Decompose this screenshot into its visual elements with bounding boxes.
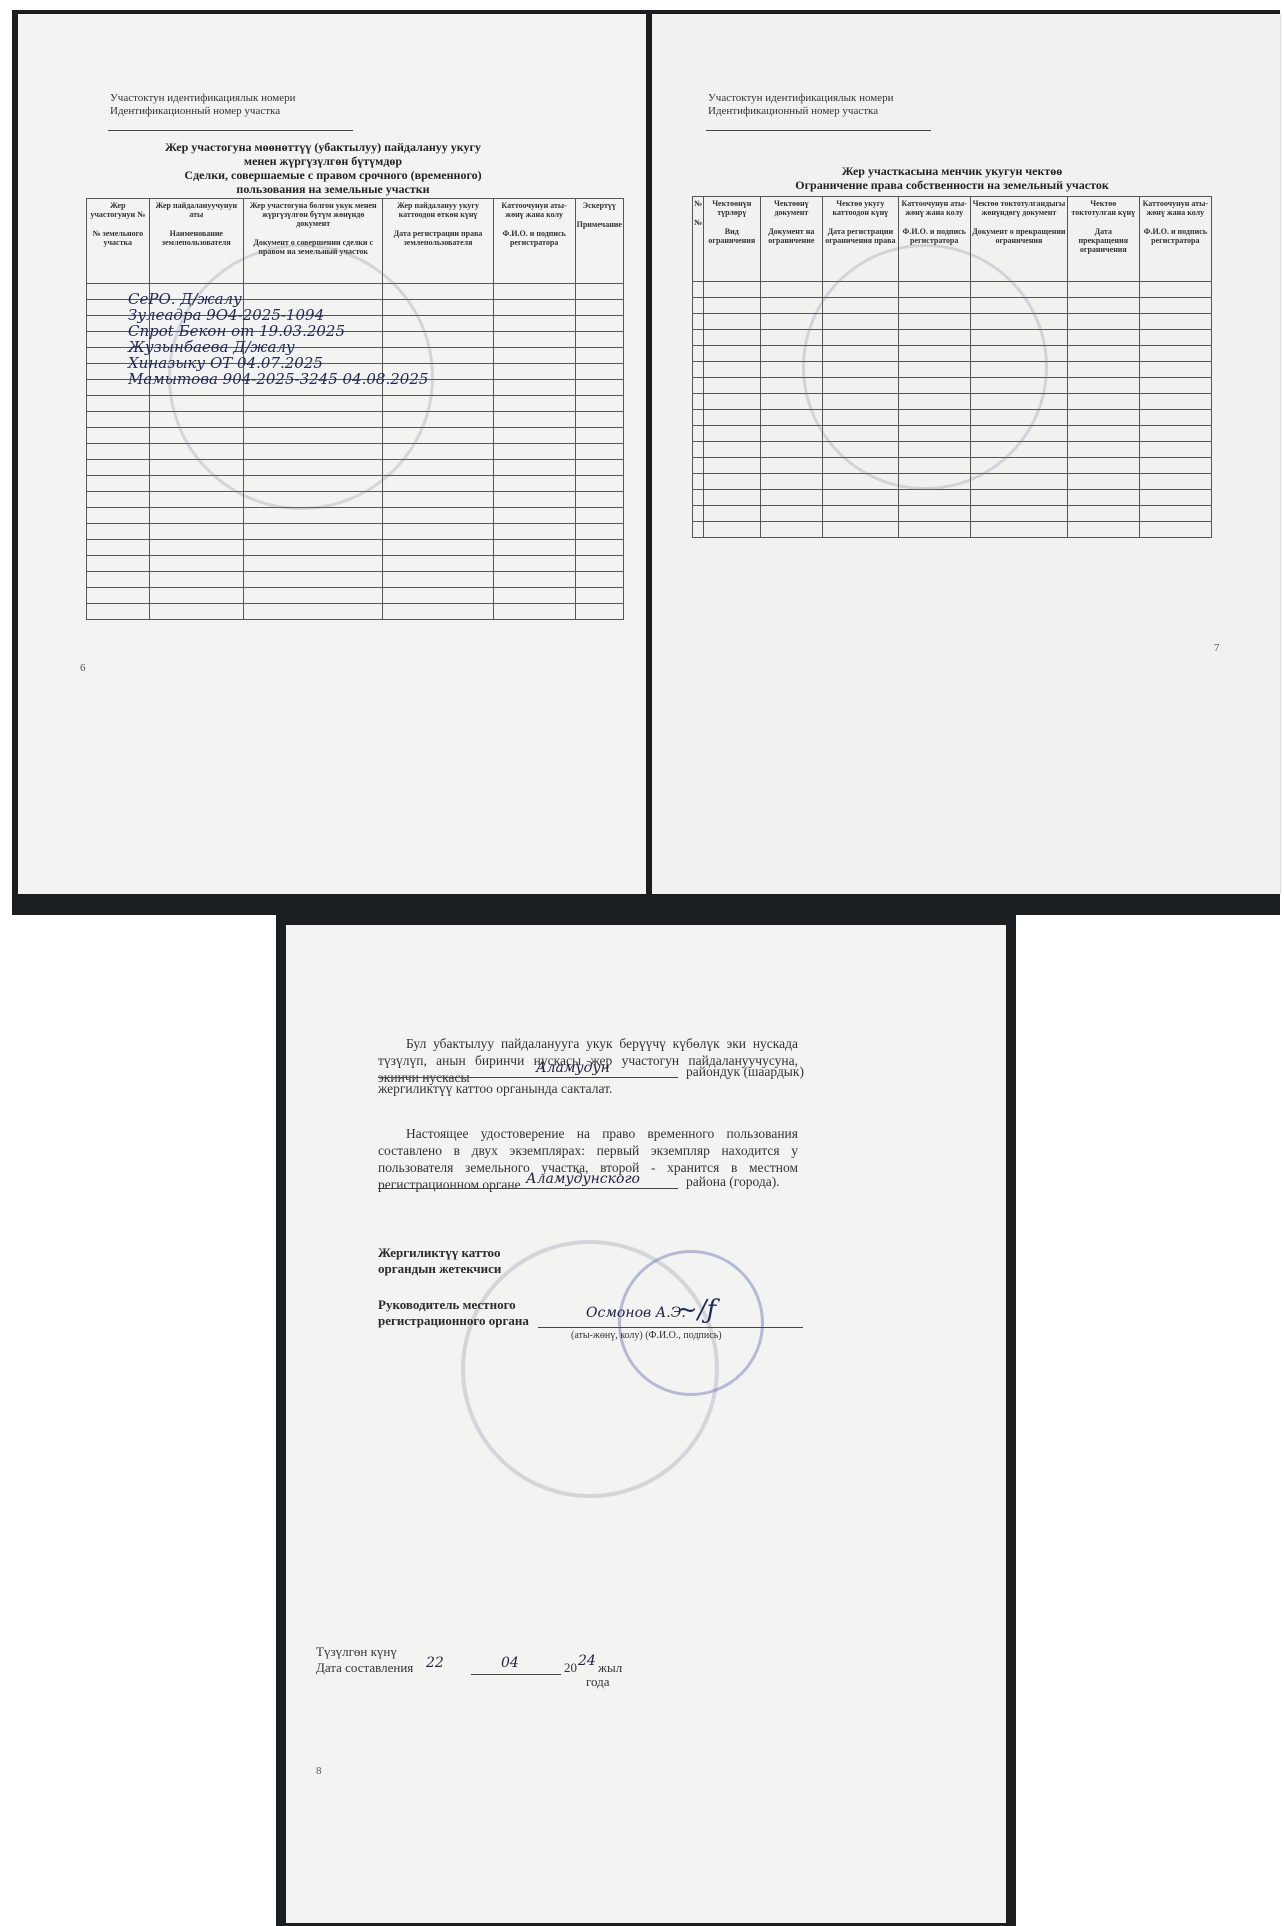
table-cell <box>493 412 575 428</box>
table-cell <box>244 588 383 604</box>
table-cell <box>575 428 623 444</box>
page-number: 7 <box>1214 642 1220 654</box>
table-cell <box>704 282 760 298</box>
table-cell <box>760 522 823 538</box>
table-cell <box>693 490 704 506</box>
table-cell <box>1067 458 1139 474</box>
table-cell <box>493 316 575 332</box>
table-cell <box>493 476 575 492</box>
table-cell <box>493 380 575 396</box>
table-cell <box>760 426 823 442</box>
table-cell <box>1139 298 1211 314</box>
table-cell <box>760 474 823 490</box>
table-cell <box>87 572 150 588</box>
table-cell <box>87 604 150 620</box>
table-cell <box>898 506 970 522</box>
table-cell <box>575 444 623 460</box>
table-cell <box>1139 330 1211 346</box>
table-cell <box>575 524 623 540</box>
table-cell <box>493 492 575 508</box>
id-label-ky: Участоктун идентификациялык номери <box>708 92 893 105</box>
column-header: Чектөөнүн түрлөрүВид ограничения <box>704 197 760 282</box>
signature-line <box>538 1327 803 1328</box>
table-cell <box>87 412 150 428</box>
date-year-prefix: 20 <box>564 1661 577 1674</box>
table-cell <box>87 460 150 476</box>
column-header: Чектөө токтотулган күнүДата прекращения … <box>1067 197 1139 282</box>
head-name: Осмонов А.Э. <box>586 1305 686 1321</box>
table-cell <box>87 524 150 540</box>
table-cell <box>87 492 150 508</box>
table-cell <box>87 476 150 492</box>
table-cell <box>1139 314 1211 330</box>
table-cell <box>1067 362 1139 378</box>
table-cell <box>704 474 760 490</box>
table-row <box>87 572 624 588</box>
left-title-ru: Сделки, совершаемые с правом срочного (в… <box>158 168 508 196</box>
table-cell <box>244 524 383 540</box>
column-header: №№ <box>693 197 704 282</box>
date-month-line <box>471 1674 561 1675</box>
name-caption: (аты-жөнү, колу) (Ф.И.О., подпись) <box>571 1329 722 1342</box>
table-cell <box>149 524 243 540</box>
id-label-ru: Идентификационный номер участка <box>110 105 280 118</box>
table-cell <box>87 588 150 604</box>
id-line <box>706 130 931 131</box>
table-cell <box>760 298 823 314</box>
table-cell <box>693 506 704 522</box>
table-cell <box>970 474 1067 490</box>
table-cell <box>898 490 970 506</box>
table-cell <box>1067 378 1139 394</box>
table-cell <box>87 556 150 572</box>
table-cell <box>149 492 243 508</box>
table-cell <box>704 458 760 474</box>
table-cell <box>693 426 704 442</box>
table-cell <box>383 492 493 508</box>
district-line-ru <box>378 1188 678 1189</box>
table-cell <box>1139 394 1211 410</box>
table-cell <box>1139 506 1211 522</box>
table-cell <box>87 508 150 524</box>
left-title-ky: Жер участогуна мөөнөттүү (убактылуу) пай… <box>158 140 488 168</box>
table-cell <box>244 604 383 620</box>
table-cell <box>970 506 1067 522</box>
id-label-ky: Участоктун идентификациялык номери <box>110 92 295 105</box>
table-row <box>87 508 624 524</box>
district-line-ky <box>378 1077 678 1078</box>
table-cell <box>1067 330 1139 346</box>
table-cell <box>1139 346 1211 362</box>
table-cell <box>704 490 760 506</box>
table-cell <box>704 298 760 314</box>
head-ru-2: регистрационного органа <box>378 1313 529 1329</box>
date-day: 22 <box>426 1655 444 1671</box>
table-cell <box>87 428 150 444</box>
date-label-ky: Түзүлгөн күнү <box>316 1645 397 1658</box>
table-cell <box>575 316 623 332</box>
table-cell <box>693 314 704 330</box>
table-cell <box>383 572 493 588</box>
table-cell <box>493 300 575 316</box>
table-cell <box>493 524 575 540</box>
signature: ~/ƒ <box>676 1295 716 1325</box>
table-row <box>87 604 624 620</box>
table-cell <box>1067 506 1139 522</box>
table-cell <box>493 428 575 444</box>
table-cell <box>1067 394 1139 410</box>
table-cell <box>760 282 823 298</box>
table-cell <box>1067 522 1139 538</box>
table-cell <box>493 540 575 556</box>
table-cell <box>1139 522 1211 538</box>
date-year-suffix: 24 <box>578 1653 596 1669</box>
column-header: ЭскертүүПримечание <box>575 199 623 284</box>
table-cell <box>493 364 575 380</box>
table-cell <box>693 378 704 394</box>
table-cell <box>575 604 623 620</box>
table-cell <box>693 458 704 474</box>
table-cell <box>383 604 493 620</box>
table-cell <box>493 332 575 348</box>
table-cell <box>244 556 383 572</box>
table-cell <box>693 298 704 314</box>
table-row <box>87 540 624 556</box>
table-cell <box>575 460 623 476</box>
table-cell <box>1067 282 1139 298</box>
state-seal <box>802 244 1048 490</box>
table-cell <box>704 522 760 538</box>
table-cell <box>575 396 623 412</box>
certificate-page: Бул убактылуу пайдаланууга укук берүүчү … <box>286 925 1006 1923</box>
table-row <box>693 522 1212 538</box>
table-cell <box>575 556 623 572</box>
table-cell <box>704 346 760 362</box>
table-cell <box>575 332 623 348</box>
id-line <box>108 130 353 131</box>
table-cell <box>693 442 704 458</box>
column-header: Каттоочунун аты-жөнү жана колуФ.И.О. и п… <box>493 199 575 284</box>
table-cell <box>383 556 493 572</box>
table-cell <box>87 396 150 412</box>
table-cell <box>760 490 823 506</box>
table-cell <box>1139 282 1211 298</box>
table-cell <box>244 508 383 524</box>
table-cell <box>1067 474 1139 490</box>
right-page: Участоктун идентификациялык номери Идент… <box>652 14 1280 894</box>
table-cell <box>760 506 823 522</box>
table-cell <box>1139 362 1211 378</box>
table-cell <box>1067 410 1139 426</box>
table-cell <box>575 540 623 556</box>
table-cell <box>823 522 898 538</box>
year-word-ky: жыл <box>598 1661 622 1674</box>
table-cell <box>1139 442 1211 458</box>
table-cell <box>704 506 760 522</box>
right-title-ru: Ограничение права собственности на земел… <box>742 178 1162 192</box>
table-cell <box>493 284 575 300</box>
district-ru: Аламудунского <box>526 1171 640 1187</box>
column-header: Жер пайдалануу укугу каттоодон өткөн күн… <box>383 199 493 284</box>
table-cell <box>575 572 623 588</box>
table-cell <box>149 572 243 588</box>
table-cell <box>693 362 704 378</box>
table-cell <box>1067 442 1139 458</box>
table-cell <box>1067 314 1139 330</box>
page-number: 8 <box>316 1765 322 1777</box>
table-row <box>87 524 624 540</box>
table-cell <box>1067 346 1139 362</box>
table-cell <box>383 540 493 556</box>
page-number: 6 <box>80 662 86 674</box>
date-month: 04 <box>501 1655 519 1671</box>
year-word-ru: года <box>586 1675 610 1688</box>
district-ky: Аламудун <box>536 1060 610 1076</box>
table-cell <box>970 490 1067 506</box>
table-cell <box>760 442 823 458</box>
para-ky-3: жергиликтүү каттоо органында сакталат. <box>378 1080 612 1097</box>
table-row <box>87 556 624 572</box>
table-cell <box>575 380 623 396</box>
para-ru-2: района (города). <box>686 1173 780 1190</box>
table-cell <box>493 508 575 524</box>
table-cell <box>493 604 575 620</box>
table-cell <box>704 410 760 426</box>
date-label-ru: Дата составления <box>316 1661 413 1674</box>
table-cell <box>493 348 575 364</box>
table-row <box>693 506 1212 522</box>
table-cell <box>1139 458 1211 474</box>
table-row <box>87 588 624 604</box>
table-cell <box>1067 426 1139 442</box>
table-cell <box>575 412 623 428</box>
table-cell <box>383 508 493 524</box>
table-cell <box>704 378 760 394</box>
table-cell <box>1067 298 1139 314</box>
table-cell <box>704 426 760 442</box>
table-cell <box>575 492 623 508</box>
right-title-ky: Жер участкасына менчик укугун чектөө <box>742 164 1162 178</box>
table-cell <box>383 588 493 604</box>
table-cell <box>898 522 970 538</box>
table-cell <box>244 540 383 556</box>
table-cell <box>704 314 760 330</box>
table-cell <box>693 474 704 490</box>
table-cell <box>823 490 898 506</box>
table-cell <box>760 458 823 474</box>
table-cell <box>1139 378 1211 394</box>
column-header: Чектөөнү документДокумент на ограничение <box>760 197 823 282</box>
table-cell <box>575 300 623 316</box>
table-cell <box>693 522 704 538</box>
table-cell <box>575 476 623 492</box>
table-cell <box>693 410 704 426</box>
table-cell <box>575 588 623 604</box>
table-cell <box>244 572 383 588</box>
head-ky-1: Жергиликтүү каттоо <box>378 1245 501 1261</box>
table-cell <box>970 522 1067 538</box>
table-cell <box>704 394 760 410</box>
handwritten-entry: Мамытова 904-2025-3245 04.08.2025 <box>128 370 428 388</box>
table-cell <box>493 556 575 572</box>
table-cell <box>693 282 704 298</box>
table-cell <box>693 346 704 362</box>
table-cell <box>704 362 760 378</box>
para-ky-2: райондук (шаардык) <box>686 1063 804 1080</box>
table-cell <box>575 284 623 300</box>
table-cell <box>704 442 760 458</box>
table-cell <box>493 572 575 588</box>
document-spread: Участоктун идентификациялык номери Идент… <box>0 0 1284 915</box>
table-cell <box>1139 410 1211 426</box>
table-cell <box>493 444 575 460</box>
table-cell <box>149 588 243 604</box>
table-cell <box>693 330 704 346</box>
table-cell <box>149 604 243 620</box>
id-label-ru: Идентификационный номер участка <box>708 105 878 118</box>
table-cell <box>1139 426 1211 442</box>
table-cell <box>149 508 243 524</box>
table-cell <box>1139 474 1211 490</box>
head-ru-1: Руководитель местного <box>378 1297 516 1313</box>
table-cell <box>575 364 623 380</box>
table-cell <box>87 540 150 556</box>
column-header: Каттоочунун аты-жөнү жана колуФ.И.О. и п… <box>1139 197 1211 282</box>
table-cell <box>823 506 898 522</box>
table-cell <box>575 508 623 524</box>
table-cell <box>704 330 760 346</box>
table-cell <box>383 476 493 492</box>
column-header: Жер участогунун №№ земельного участка <box>87 199 150 284</box>
table-cell <box>1139 490 1211 506</box>
table-cell <box>383 524 493 540</box>
table-cell <box>493 396 575 412</box>
table-cell <box>493 588 575 604</box>
table-cell <box>575 348 623 364</box>
table-cell <box>87 444 150 460</box>
left-page: Участоктун идентификациялык номери Идент… <box>18 14 646 894</box>
table-cell <box>149 540 243 556</box>
table-cell <box>1067 490 1139 506</box>
table-cell <box>149 556 243 572</box>
head-ky-2: органдын жетекчиси <box>378 1261 501 1277</box>
table-cell <box>693 394 704 410</box>
table-row <box>693 490 1212 506</box>
table-cell <box>493 460 575 476</box>
